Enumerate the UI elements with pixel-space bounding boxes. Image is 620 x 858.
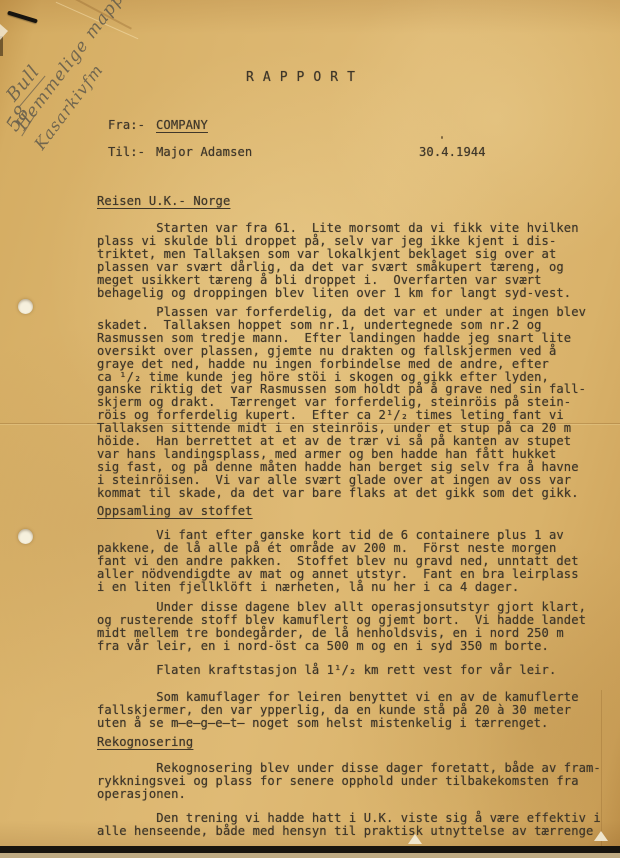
report-paragraph: Under disse dagene blev allt operasjonsu…	[97, 601, 586, 653]
ink-speck	[441, 136, 443, 139]
crease-line	[601, 690, 602, 846]
report-paragraph: Rekognosering blev under disse dager for…	[97, 762, 601, 801]
section-heading-reisen: Reisen U.K.- Norge	[97, 195, 230, 208]
punch-hole-bottom	[18, 529, 33, 544]
section-heading-rekognosering: Rekognosering	[97, 736, 193, 749]
report-paragraph: Starten var fra 61. Lite morsomt da vi f…	[97, 222, 579, 299]
report-paragraph: Plassen var forferdelig, da det var et u…	[97, 306, 586, 500]
report-paragraph: Den trening vi hadde hatt i U.K. viste s…	[97, 812, 601, 838]
scanned-report-page: Bull Hemmelige mappe Kasarkivfm 58 R A P…	[0, 0, 620, 858]
report-paragraph: Vi fant efter ganske kort tid de 6 conta…	[97, 529, 579, 594]
from-label: Fra:-	[108, 119, 145, 132]
report-paragraph: Som kamuflager for leiren benyttet vi en…	[97, 691, 579, 730]
to-value: Major Adamsen	[156, 146, 252, 159]
report-paragraph: Flaten kraftstasjon lå 1¹/₂ km rett vest…	[97, 664, 556, 677]
report-date: 30.4.1944	[419, 146, 486, 159]
section-heading-oppsamling: Oppsamling av stoffet	[97, 505, 253, 518]
report-title: R A P P O R T	[246, 72, 356, 85]
torn-corner	[0, 24, 8, 40]
punch-hole-top	[18, 299, 33, 314]
scan-bottom-strip	[0, 853, 620, 858]
from-value: COMPANY	[156, 119, 208, 132]
to-label: Til:-	[108, 146, 145, 159]
